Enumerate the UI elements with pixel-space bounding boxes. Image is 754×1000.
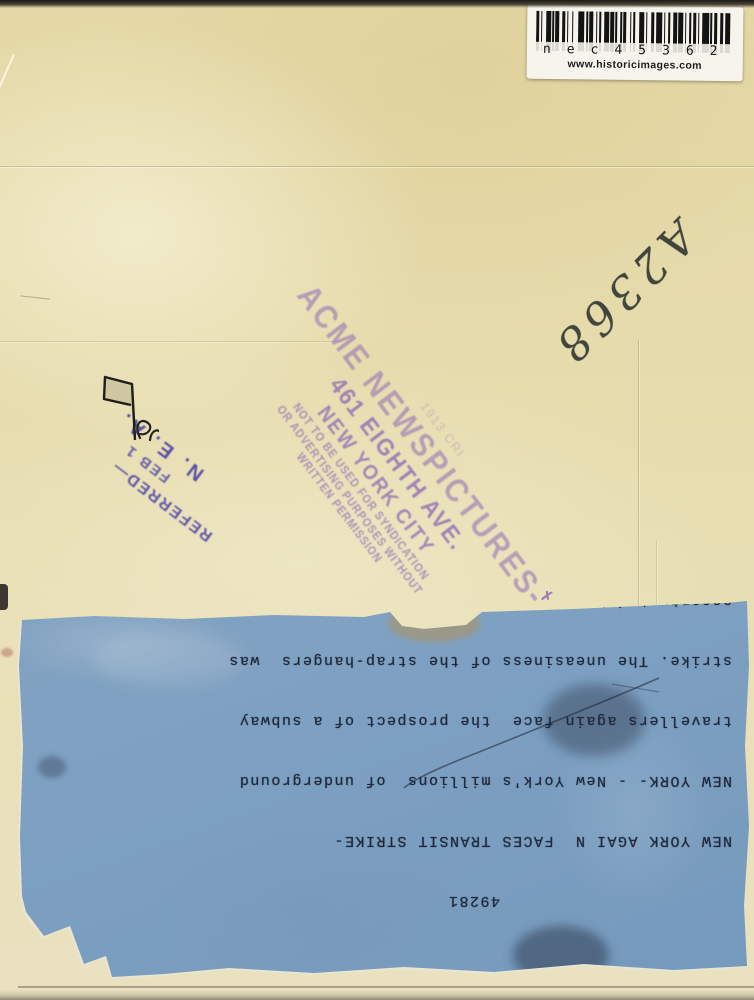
historicimages-url: www.historicimages.com bbox=[536, 58, 734, 72]
paper-stain bbox=[1, 648, 13, 657]
paper-scratch bbox=[20, 295, 50, 299]
photo-bottom-edge bbox=[0, 990, 754, 1000]
pen-annotation bbox=[95, 372, 159, 452]
photo-left-edge-notch bbox=[0, 584, 8, 610]
caption-line: NEW YORK AGAI N FACES TRANSIT STRIKE- bbox=[62, 830, 732, 850]
paper-crease-horizontal bbox=[0, 166, 754, 167]
barcode-code: nec45362 bbox=[536, 42, 734, 60]
handwritten-photo-number: A2368 bbox=[523, 198, 707, 382]
caption-line: NEW YORK- - New York's millions of under… bbox=[62, 770, 732, 790]
press-photo-back: nec45362 www.historicimages.com A2368 19… bbox=[0, 0, 754, 1000]
paper-crease-vertical bbox=[638, 340, 639, 640]
paper-scratch bbox=[0, 54, 15, 104]
photo-top-edge bbox=[0, 0, 754, 8]
caption-line: strike. The uneasiness of the strap-hang… bbox=[62, 650, 732, 670]
caption-line: 49281 bbox=[62, 890, 500, 910]
barcode-sticker: nec45362 www.historicimages.com bbox=[527, 5, 744, 82]
caption-line: travellers again face the prospect of a … bbox=[62, 710, 732, 730]
caption-line: take the form of a long-drawn-out strike… bbox=[62, 170, 732, 190]
typed-caption: 49281 NEW YORK AGAI N FACES TRANSIT STRI… bbox=[62, 610, 732, 950]
caption-line: William D. Mahon, president of the Amalg… bbox=[62, 110, 732, 130]
caption-slip: 49281 NEW YORK AGAI N FACES TRANSIT STRI… bbox=[14, 596, 752, 988]
photo-bottom-edge-line bbox=[18, 986, 754, 988]
